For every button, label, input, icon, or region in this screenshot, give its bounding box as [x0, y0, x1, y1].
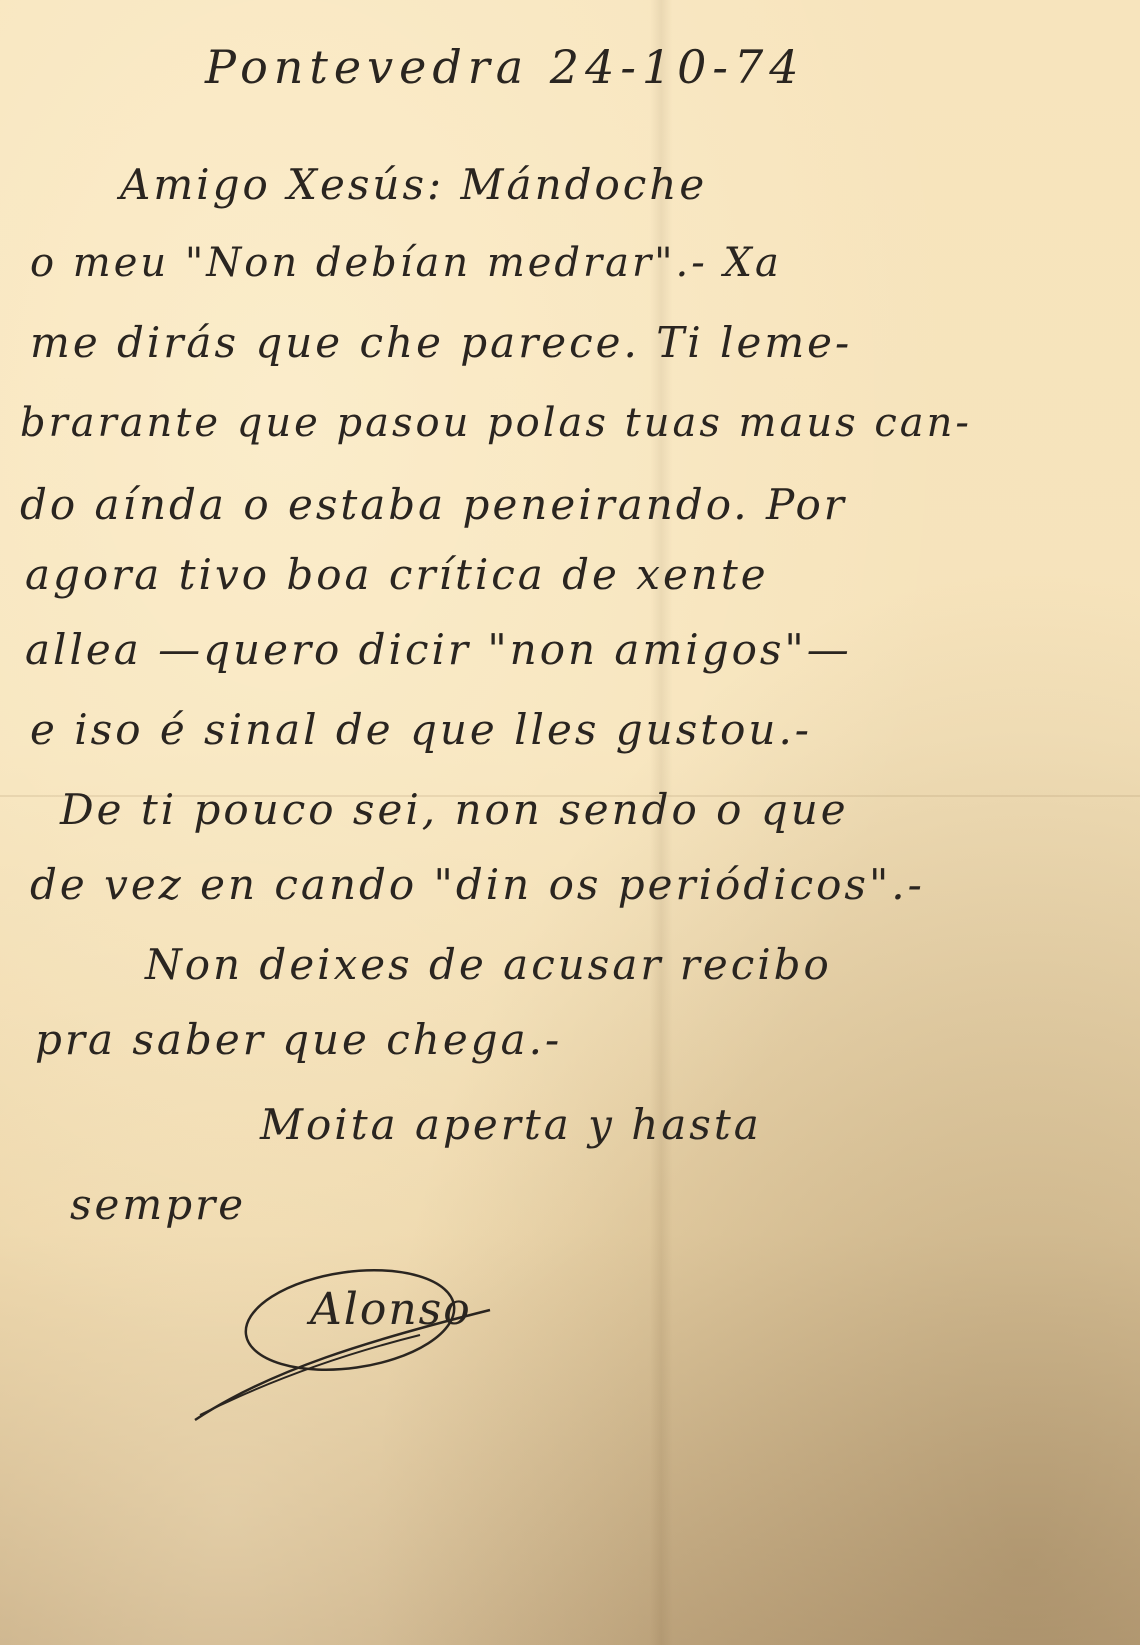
letter-line-10: Non deixes de acusar recibo	[145, 940, 832, 989]
letter-line-4: do aínda o estaba peneirando. Por	[20, 480, 847, 529]
letter-line-13: sempre	[70, 1180, 246, 1229]
signature-name: Alonso	[310, 1284, 472, 1335]
signature-flourish-icon	[190, 1250, 520, 1430]
greeting: Amigo Xesús: Mándoche	[120, 160, 707, 209]
letter-line-11: pra saber que chega.-	[35, 1015, 562, 1064]
letter-line-2: me dirás que che parece. Ti leme-	[30, 318, 852, 367]
letter-line-6: allea —quero dicir "non amigos"—	[25, 625, 852, 674]
letter-line-12: Moita aperta y hasta	[260, 1100, 762, 1149]
letter-line-8: De ti pouco sei, non sendo o que	[60, 785, 849, 834]
letter-line-3: brarante que pasou polas tuas maus can-	[20, 400, 972, 446]
letter-line-1: o meu "Non debían medrar".- Xa	[30, 240, 782, 286]
letter-line-5: agora tivo boa crítica de xente	[25, 550, 769, 599]
letter-line-9: de vez en cando "din os periódicos".-	[30, 860, 925, 909]
letter-line-7: e iso é sinal de que lles gustou.-	[30, 705, 812, 754]
place-date: Pontevedra 24-10-74	[205, 40, 805, 94]
signature: Alonso	[290, 1270, 520, 1360]
